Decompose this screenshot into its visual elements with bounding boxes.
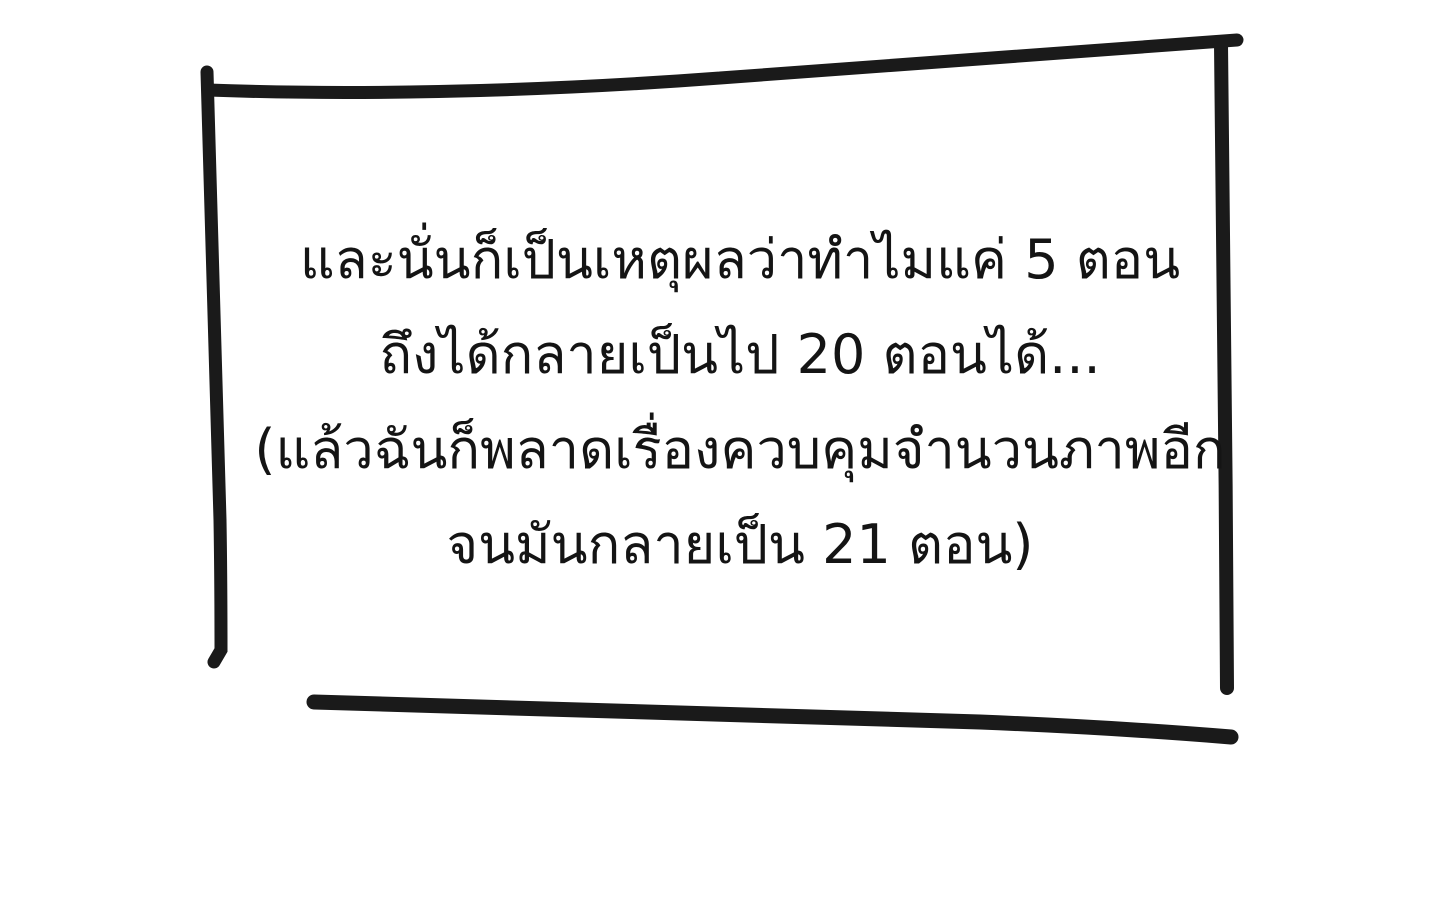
frame-top-stroke	[208, 40, 1237, 92]
caption-line: ถึงได้กลายเป็นไป 20 ตอนได้...	[245, 307, 1235, 402]
caption-text-block: และนั่นก็เป็นเหตุผลว่าทำไมแค่ 5 ตอน ถึงไ…	[245, 212, 1235, 592]
comic-panel-page: และนั่นก็เป็นเหตุผลว่าทำไมแค่ 5 ตอน ถึงไ…	[0, 0, 1440, 900]
frame-left-stroke	[207, 72, 221, 662]
caption-line: จนมันกลายเป็น 21 ตอน)	[245, 497, 1235, 592]
caption-line: และนั่นก็เป็นเหตุผลว่าทำไมแค่ 5 ตอน	[245, 212, 1235, 307]
frame-bottom-stroke	[314, 702, 1231, 737]
caption-line: (แล้วฉันก็พลาดเรื่องควบคุมจำนวนภาพอีก	[245, 402, 1235, 497]
